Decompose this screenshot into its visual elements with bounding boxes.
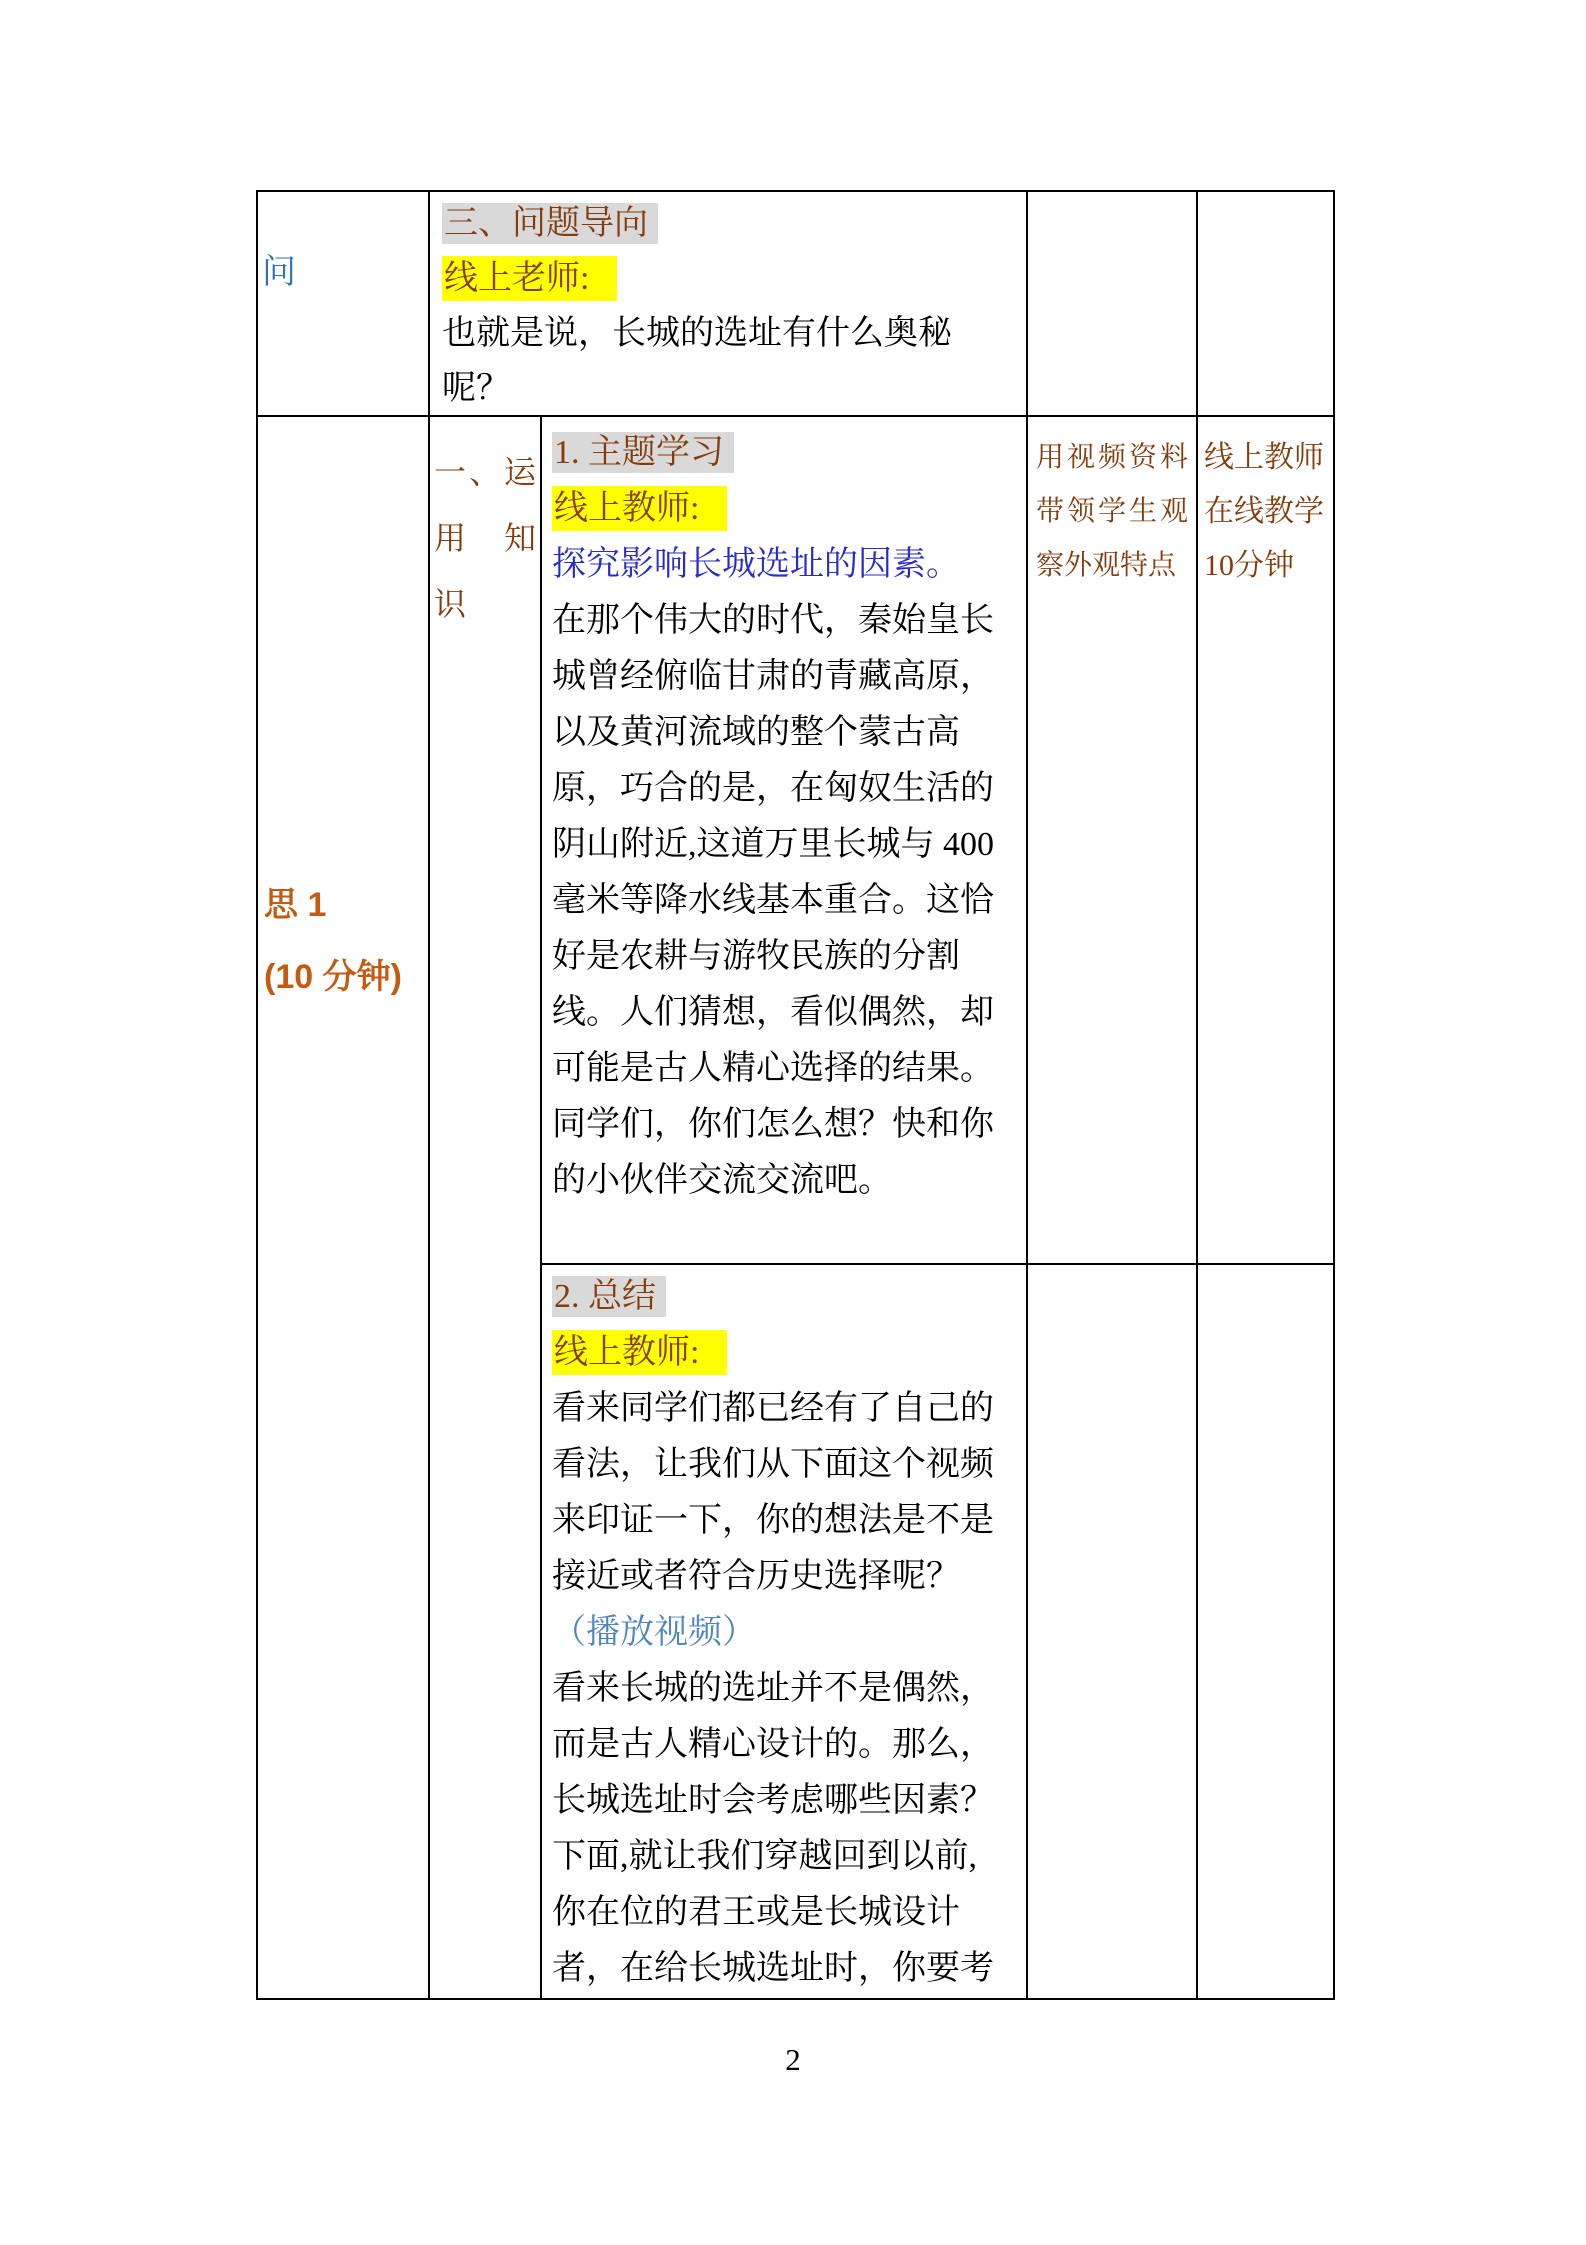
teacher-mode-line: 在线教学 — [1204, 485, 1329, 539]
teacher-script: 看来同学们都已经有了自己的 看法，让我们从下面这个视频 来印证一下，你的想法是不… — [552, 1381, 1020, 1605]
activity-type-line: 识 — [434, 571, 536, 637]
speaker-label: 线上教师: — [552, 486, 727, 531]
teacher-script: 在那个伟大的时代，秦始皇长 城曾经俯临甘肃的青藏高原， 以及黄河流域的整个蒙古高… — [552, 593, 1020, 1209]
activity-type-line: 用 知 — [434, 505, 536, 571]
speaker-label: 线上老师: — [442, 256, 617, 301]
stage-label-wen: 问 — [262, 244, 428, 293]
cell-row1-method-empty — [1028, 192, 1198, 417]
cell-summary-time-empty — [1198, 1265, 1335, 2000]
topic-title: 探究影响长城选址的因素。 — [552, 537, 1020, 593]
speaker-row: 线上教师: — [552, 481, 1020, 537]
cell-row1-stage: 问 — [258, 192, 430, 417]
lesson-plan-table: 问 三、问题导向 线上老师: 也就是说，长城的选址有什么奥秘 呢？ 思 1 (1… — [256, 190, 1335, 2000]
method-line: 察外观特点 — [1036, 539, 1188, 593]
cell-teaching-method: 用视频资料 带领学生观 察外观特点 — [1028, 417, 1198, 1265]
method-line: 用视频资料 — [1036, 431, 1188, 485]
teacher-line: 也就是说，长城的选址有什么奥秘 呢？ — [442, 306, 1014, 416]
section-heading-row: 三、问题导向 — [442, 196, 1014, 251]
document-page: 问 三、问题导向 线上老师: 也就是说，长城的选址有什么奥秘 呢？ 思 1 (1… — [0, 0, 1586, 2245]
teacher-duration: 10分钟 — [1204, 539, 1329, 593]
cell-row1-content: 三、问题导向 线上老师: 也就是说，长城的选址有什么奥秘 呢？ — [430, 192, 1028, 417]
cell-row2-activity-type: 一、运 用 知 识 — [430, 417, 542, 2000]
cell-row1-time-empty — [1198, 192, 1335, 417]
section-heading-row: 1. 主题学习 — [552, 425, 1020, 481]
speaker-label: 线上教师: — [552, 1330, 727, 1375]
method-line: 带领学生观 — [1036, 485, 1188, 539]
cell-summary: 2. 总结 线上教师: 看来同学们都已经有了自己的 看法，让我们从下面这个视频 … — [542, 1265, 1028, 2000]
stage-duration: (10 分钟) — [264, 941, 424, 1013]
section-heading: 1. 主题学习 — [552, 432, 734, 473]
cell-row2-stage: 思 1 (10 分钟) — [258, 417, 430, 2000]
teacher-mode-line: 线上教师 — [1204, 431, 1329, 485]
section-heading: 三、问题导向 — [442, 203, 658, 244]
play-video-note: （播放视频） — [552, 1605, 1020, 1661]
teacher-script: 看来长城的选址并不是偶然， 而是古人精心设计的。那么， 长城选址时会考虑哪些因素… — [552, 1661, 1020, 1997]
page-number: 2 — [0, 2042, 1586, 2078]
activity-type-line: 一、运 — [434, 439, 536, 505]
cell-topic-study: 1. 主题学习 线上教师: 探究影响长城选址的因素。 在那个伟大的时代，秦始皇长… — [542, 417, 1028, 1265]
cell-summary-method-empty — [1028, 1265, 1198, 2000]
stage-label-si1: 思 1 — [264, 869, 424, 941]
section-heading-row: 2. 总结 — [552, 1269, 1020, 1325]
section-heading: 2. 总结 — [552, 1276, 666, 1317]
speaker-row: 线上老师: — [442, 251, 1014, 306]
cell-teacher-time: 线上教师 在线教学 10分钟 — [1198, 417, 1335, 1265]
speaker-row: 线上教师: — [552, 1325, 1020, 1381]
